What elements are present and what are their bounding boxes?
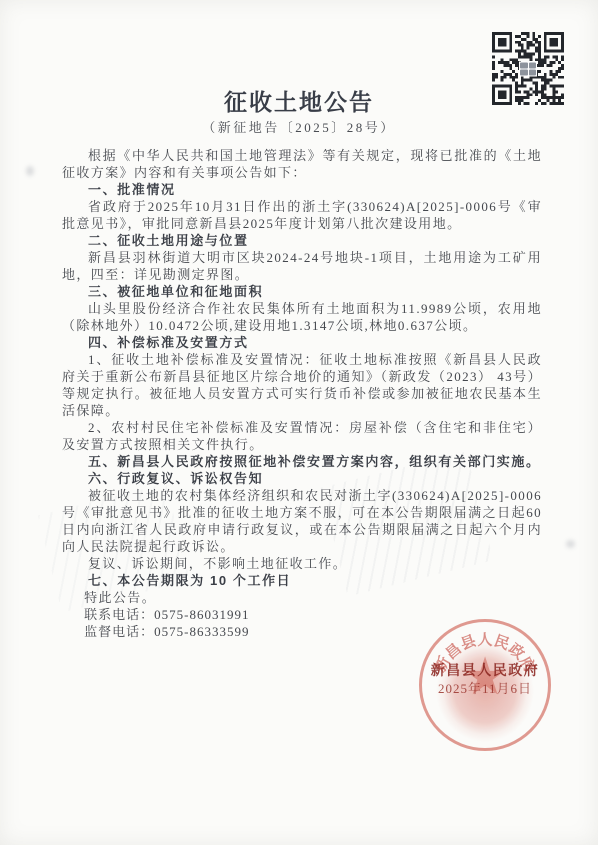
paragraph: 2、农村村民住宅补偿标准及安置情况：房屋补偿（含住宅和非住宅）及安置方式按照相关…	[62, 419, 542, 453]
section-heading: 五、新昌县人民政府按照征地补偿安置方案内容，组织有关部门实施。	[62, 453, 542, 470]
qr-center-logo-icon	[519, 61, 537, 76]
section-heading: 四、补偿标准及安置方式	[62, 334, 542, 351]
section-heading: 三、被征地单位和征地面积	[62, 283, 542, 300]
qr-code[interactable]	[492, 32, 564, 105]
supervise-phone-label: 监督电话：	[84, 624, 154, 639]
closing-line: 特此公告。	[62, 589, 542, 606]
paragraph: 新昌县羽林街道大明市区块2024-24号地块-1项目，土地用途为工矿用地，四至：…	[62, 249, 542, 283]
intro-paragraph: 根据《中华人民共和国土地管理法》等有关规定，现将已批准的《土地征收方案》内容和有…	[62, 147, 542, 181]
paragraph: 复议、诉讼期间，不影响土地征收工作。	[62, 555, 542, 572]
announcement-page: 征收土地公告 （新征地告〔2025〕28号） 根据《中华人民共和国土地管理法》等…	[0, 0, 598, 845]
seal-date: 2025年11月6日	[438, 678, 532, 697]
paragraph: 省政府于2025年10月31日作出的浙土字(330624)A[2025]-000…	[62, 198, 542, 232]
section-heading: 一、批准情况	[62, 181, 542, 198]
section-heading: 六、行政复议、诉讼权告知	[62, 470, 542, 487]
section-heading: 二、征收土地用途与位置	[62, 232, 542, 249]
section-heading: 七、本公告期限为 10 个工作日	[62, 572, 542, 589]
paragraph: 被征收土地的农村集体经济组织和农民对浙土字(330624)A[2025]-000…	[62, 487, 542, 555]
scan-smudge	[26, 166, 34, 176]
document-body: 根据《中华人民共和国土地管理法》等有关规定，现将已批准的《土地征收方案》内容和有…	[62, 147, 542, 640]
contact-phone-number: 0575-86031991	[154, 607, 249, 622]
paragraph: 1、征收土地补偿标准及安置情况：征收土地标准按照《新昌县人民政府关于重新公布新昌…	[62, 351, 542, 419]
doc-number: （新征地告〔2025〕28号）	[0, 119, 598, 137]
contact-phone-label: 联系电话：	[84, 607, 154, 622]
supervise-phone-number: 0575-86333599	[154, 624, 249, 639]
scan-smudge	[566, 540, 575, 548]
paragraph: 山头里股份经济合作社农民集体所有土地面积为11.9989公顷，农用地（除林地外）…	[62, 300, 542, 334]
sections-container: 一、批准情况省政府于2025年10月31日作出的浙土字(330624)A[202…	[62, 181, 542, 589]
seal-authority: 新昌县人民政府	[431, 660, 540, 680]
official-seal: ★ 新昌县人民政府 新昌县人民政府 2025年11月6日	[419, 619, 551, 751]
